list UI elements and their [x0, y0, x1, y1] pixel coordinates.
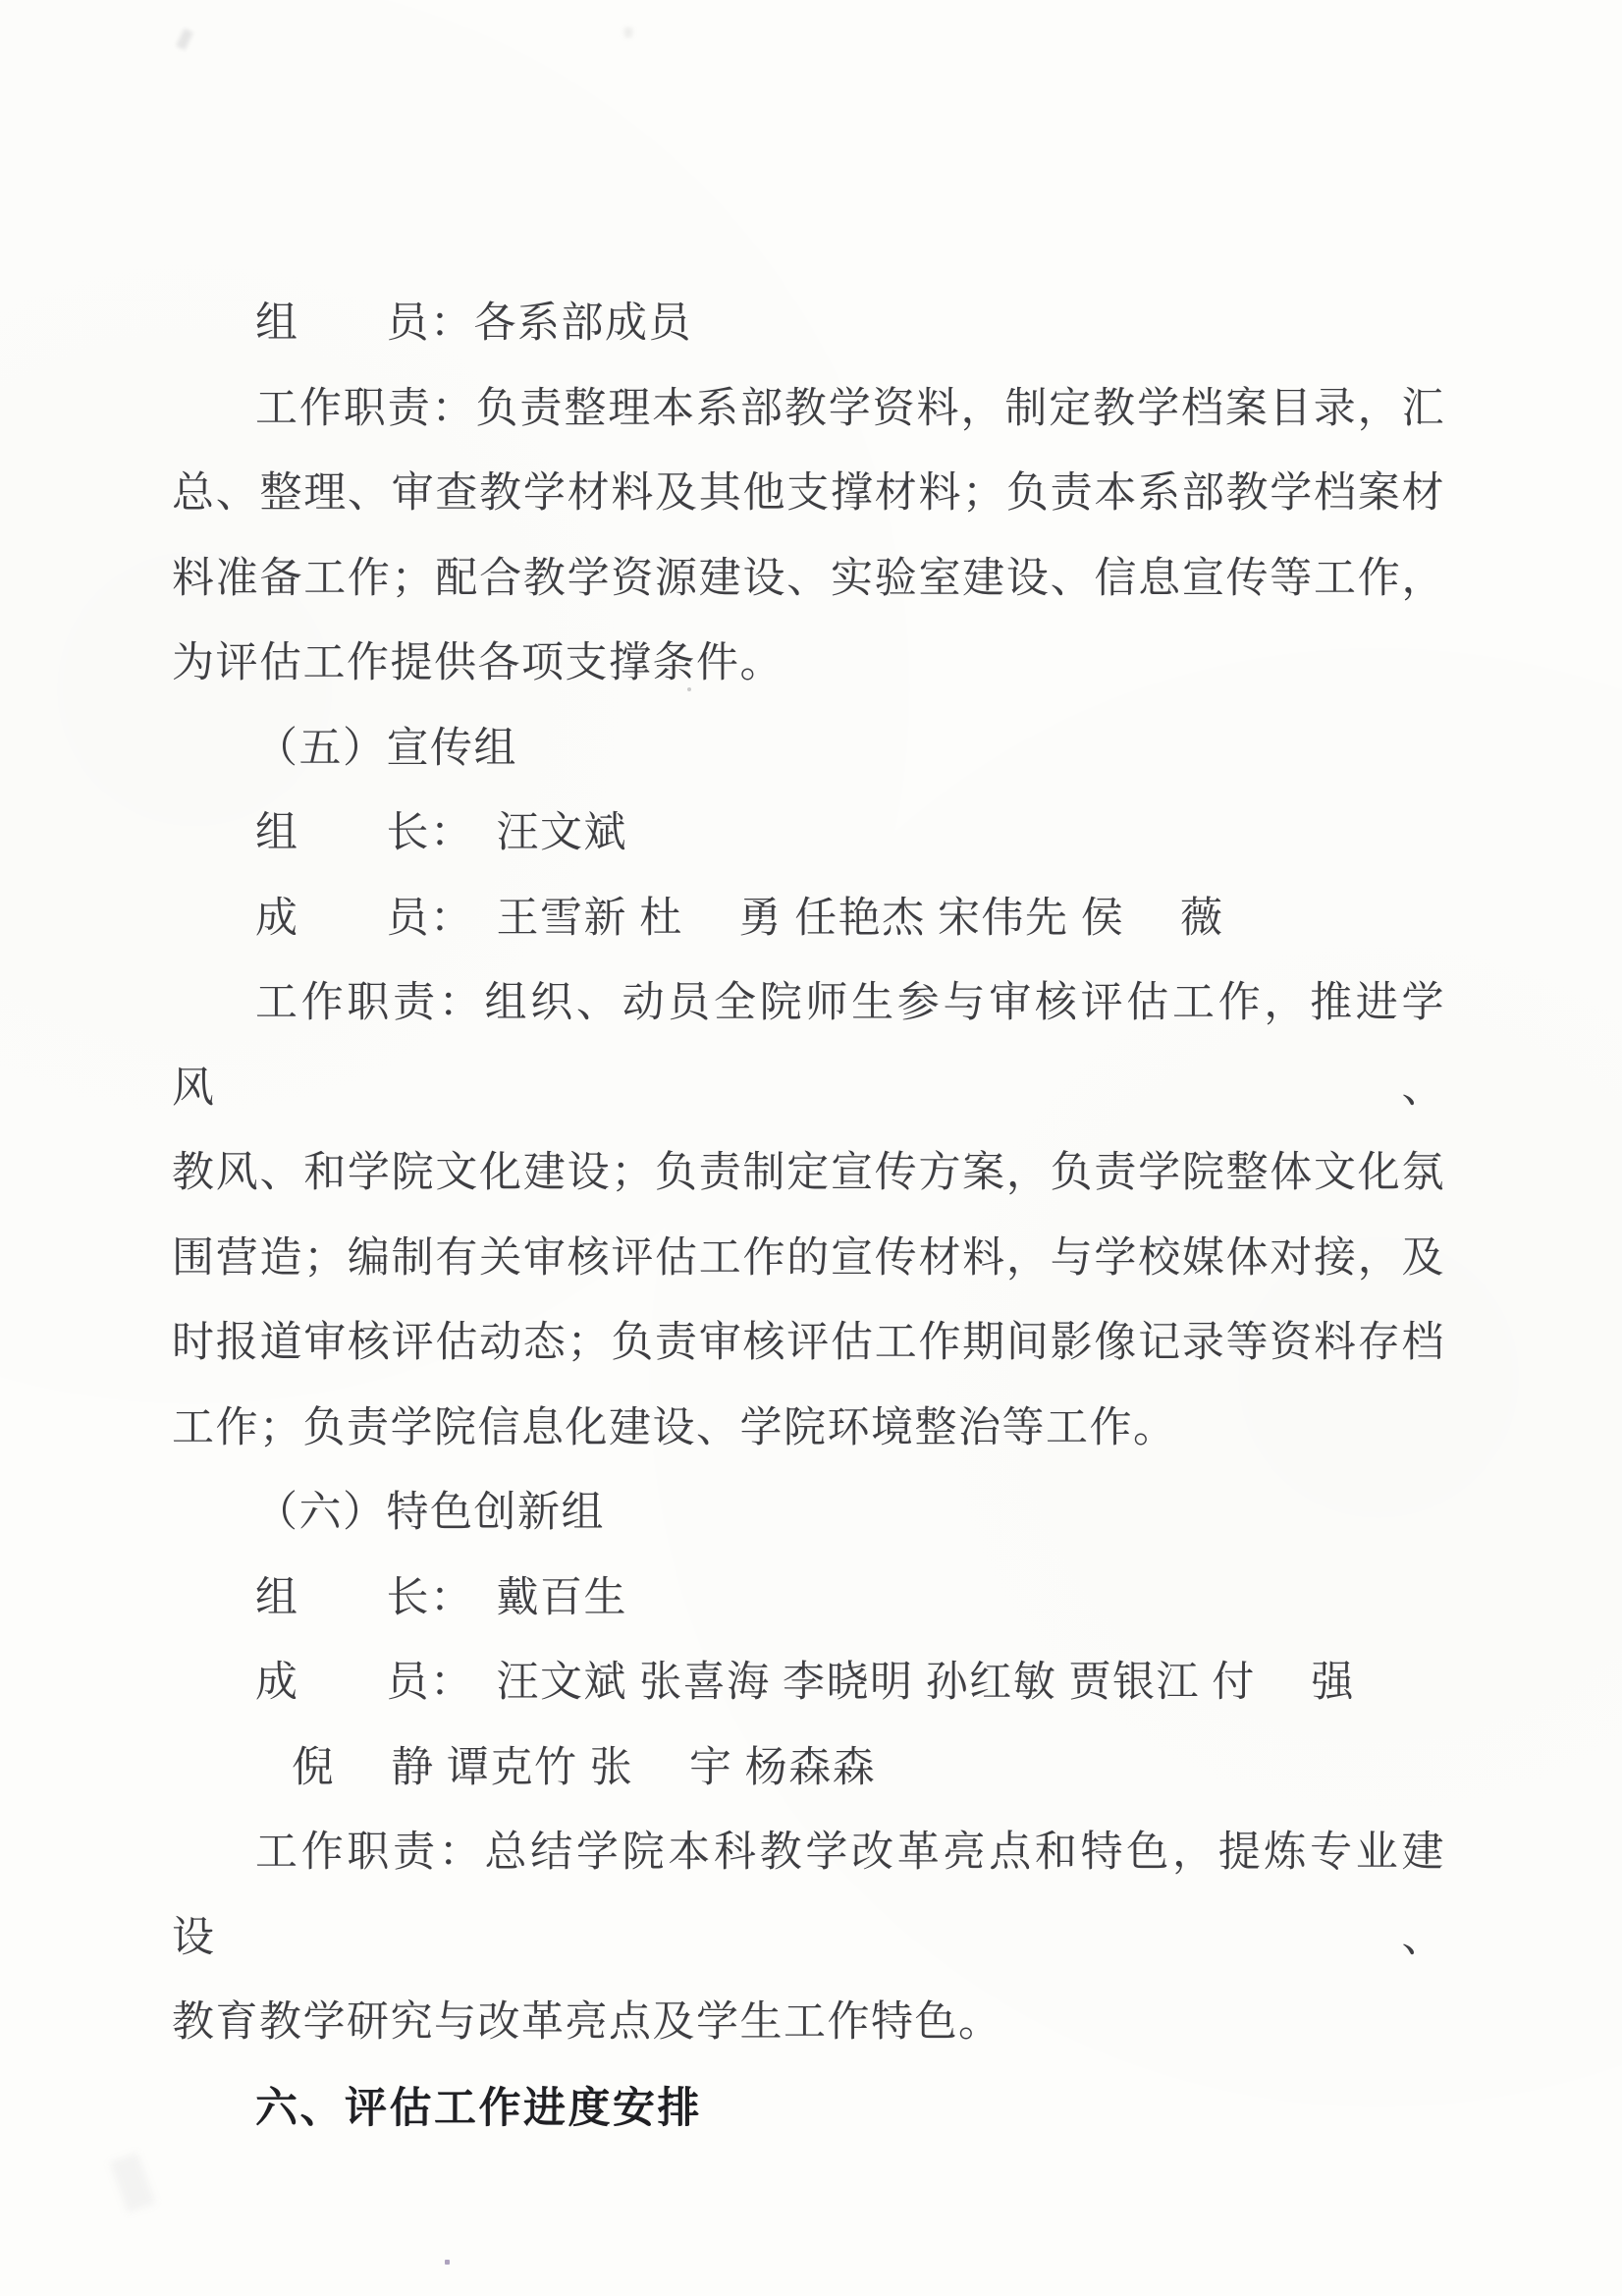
scan-speckle	[176, 28, 193, 50]
document-line: 工作；负责学院信息化建设、学院环境整治等工作。	[172, 1387, 1445, 1472]
document-line: 工作职责：组织、动员全院师生参与审核评估工作，推进学风、	[172, 961, 1445, 1131]
document-line: 为评估工作提供各项支撑条件。	[172, 622, 1445, 707]
document-line: 组 长： 汪文斌	[172, 792, 1445, 877]
document-line: 教育教学研究与改革亮点及学生工作特色。	[172, 1981, 1445, 2066]
document-line: 组 员：各系部成员	[172, 282, 1445, 367]
document-line: 围营造；编制有关审核评估工作的宣传材料，与学校媒体对接，及	[172, 1217, 1445, 1302]
document-line: 时报道审核评估动态；负责审核评估工作期间影像记录等资料存档	[172, 1301, 1445, 1387]
document-line: 料准备工作；配合教学资源建设、实验室建设、信息宣传等工作，	[172, 537, 1445, 623]
document-line: 成 员： 汪文斌 张喜海 李晓明 孙红敏 贾银江 付 强	[172, 1641, 1445, 1726]
document-line: （五）宣传组	[172, 707, 1445, 793]
scan-speckle	[624, 27, 632, 37]
document-line: 总、整理、审查教学材料及其他支撑材料；负责本系部教学档案材	[172, 452, 1445, 537]
document-line: 倪 静 谭克竹 张 宇 杨森森	[172, 1726, 1445, 1812]
document-line: 工作职责：负责整理本系部教学资料，制定教学档案目录，汇	[172, 367, 1445, 453]
document-text-block: 组 员：各系部成员工作职责：负责整理本系部教学资料，制定教学档案目录，汇总、整理…	[172, 282, 1445, 2151]
document-line: 工作职责：总结学院本科教学改革亮点和特色，提炼专业建设、	[172, 1811, 1445, 1981]
document-line: 组 长： 戴百生	[172, 1557, 1445, 1642]
scanned-document-page: 组 员：各系部成员工作职责：负责整理本系部教学资料，制定教学档案目录，汇总、整理…	[0, 0, 1622, 2296]
section-heading: 六、评估工作进度安排	[172, 2066, 1445, 2152]
document-line: 教风、和学院文化建设；负责制定宣传方案，负责学院整体文化氛	[172, 1131, 1445, 1217]
scan-speckle	[445, 2260, 450, 2265]
scan-speckle	[109, 2153, 155, 2214]
document-line: 成 员： 王雪新 杜 勇 任艳杰 宋伟先 侯 薇	[172, 877, 1445, 962]
document-line: （六）特色创新组	[172, 1471, 1445, 1557]
